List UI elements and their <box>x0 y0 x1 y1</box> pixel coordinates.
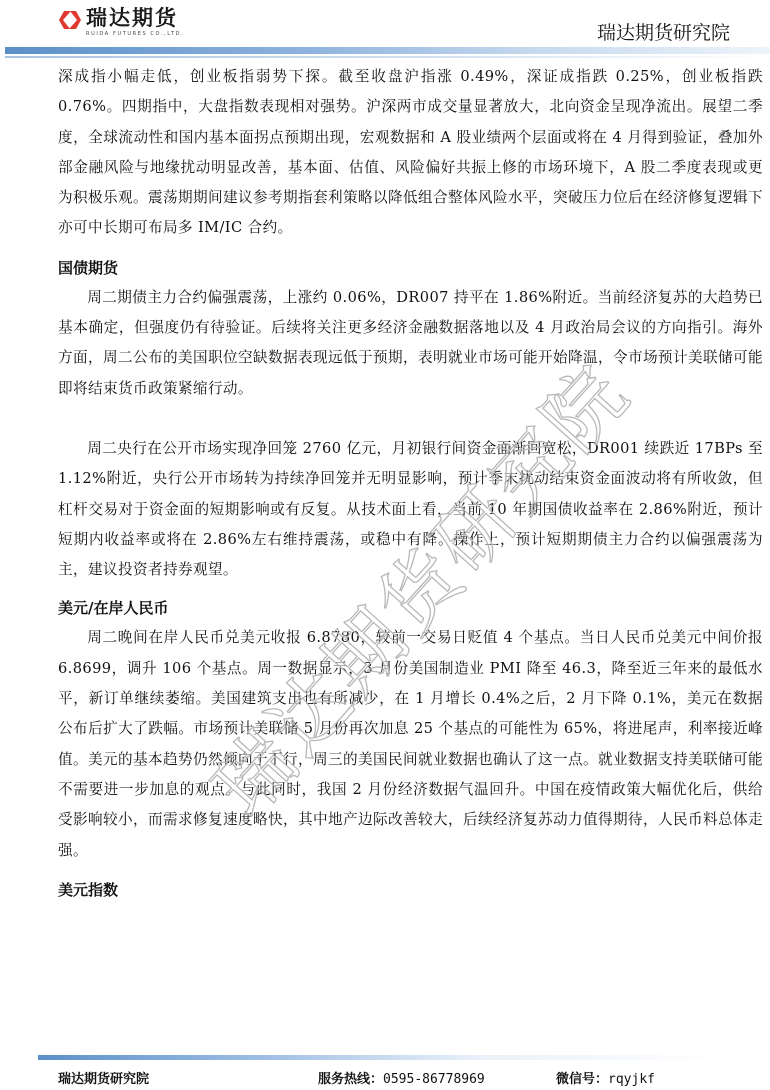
hotline-number: 0595-86778969 <box>383 1072 485 1087</box>
footer-hotline: 服务热线：0595-86778969 <box>318 1068 485 1087</box>
wechat-label: 微信号： <box>556 1072 608 1087</box>
logo-english-name: RUIDA FUTURES CO.,LTD. <box>86 31 184 37</box>
section-title-bond-futures: 国债期货 <box>58 253 763 283</box>
footer-gradient-bar <box>38 1055 478 1060</box>
footer-gradient-bar-fade <box>478 1055 728 1060</box>
bond-futures-paragraph-2: 周二央行在公开市场实现净回笼 2760 亿元，月初银行间资金面渐回宽松，DR00… <box>58 434 763 585</box>
wechat-id: rqyjkf <box>608 1072 655 1087</box>
stock-index-paragraph: 深成指小幅走低，创业板指弱势下探。截至收盘沪指涨 0.49%，深证成指跌 0.2… <box>58 62 763 244</box>
header-gradient-bar <box>5 47 770 54</box>
header-divider <box>5 56 770 58</box>
section-title-usd-cny: 美元/在岸人民币 <box>58 593 763 623</box>
section-title-dollar-index: 美元指数 <box>58 875 763 905</box>
footer-org: 瑞达期货研究院 <box>58 1068 149 1087</box>
footer-wechat: 微信号：rqyjkf <box>556 1068 655 1087</box>
hotline-label: 服务热线： <box>318 1072 383 1087</box>
logo-chinese-name: 瑞达期货 <box>86 6 184 30</box>
bond-futures-paragraph-1: 周二期债主力合约偏强震荡，上涨约 0.06%，DR007 持平在 1.86%附近… <box>58 283 763 404</box>
usd-cny-paragraph: 周二晚间在岸人民币兑美元收报 6.8780，较前一交易日贬值 4 个基点。当日人… <box>58 623 763 865</box>
header-title: 瑞达期货研究院 <box>597 18 730 45</box>
ruida-logo-icon <box>58 8 82 32</box>
report-body: 深成指小幅走低，创业板指弱势下探。截至收盘沪指涨 0.49%，深证成指跌 0.2… <box>58 62 763 905</box>
company-logo: 瑞达期货 RUIDA FUTURES CO.,LTD. <box>58 6 184 38</box>
page-header: 瑞达期货 RUIDA FUTURES CO.,LTD. 瑞达期货研究院 <box>0 0 770 60</box>
